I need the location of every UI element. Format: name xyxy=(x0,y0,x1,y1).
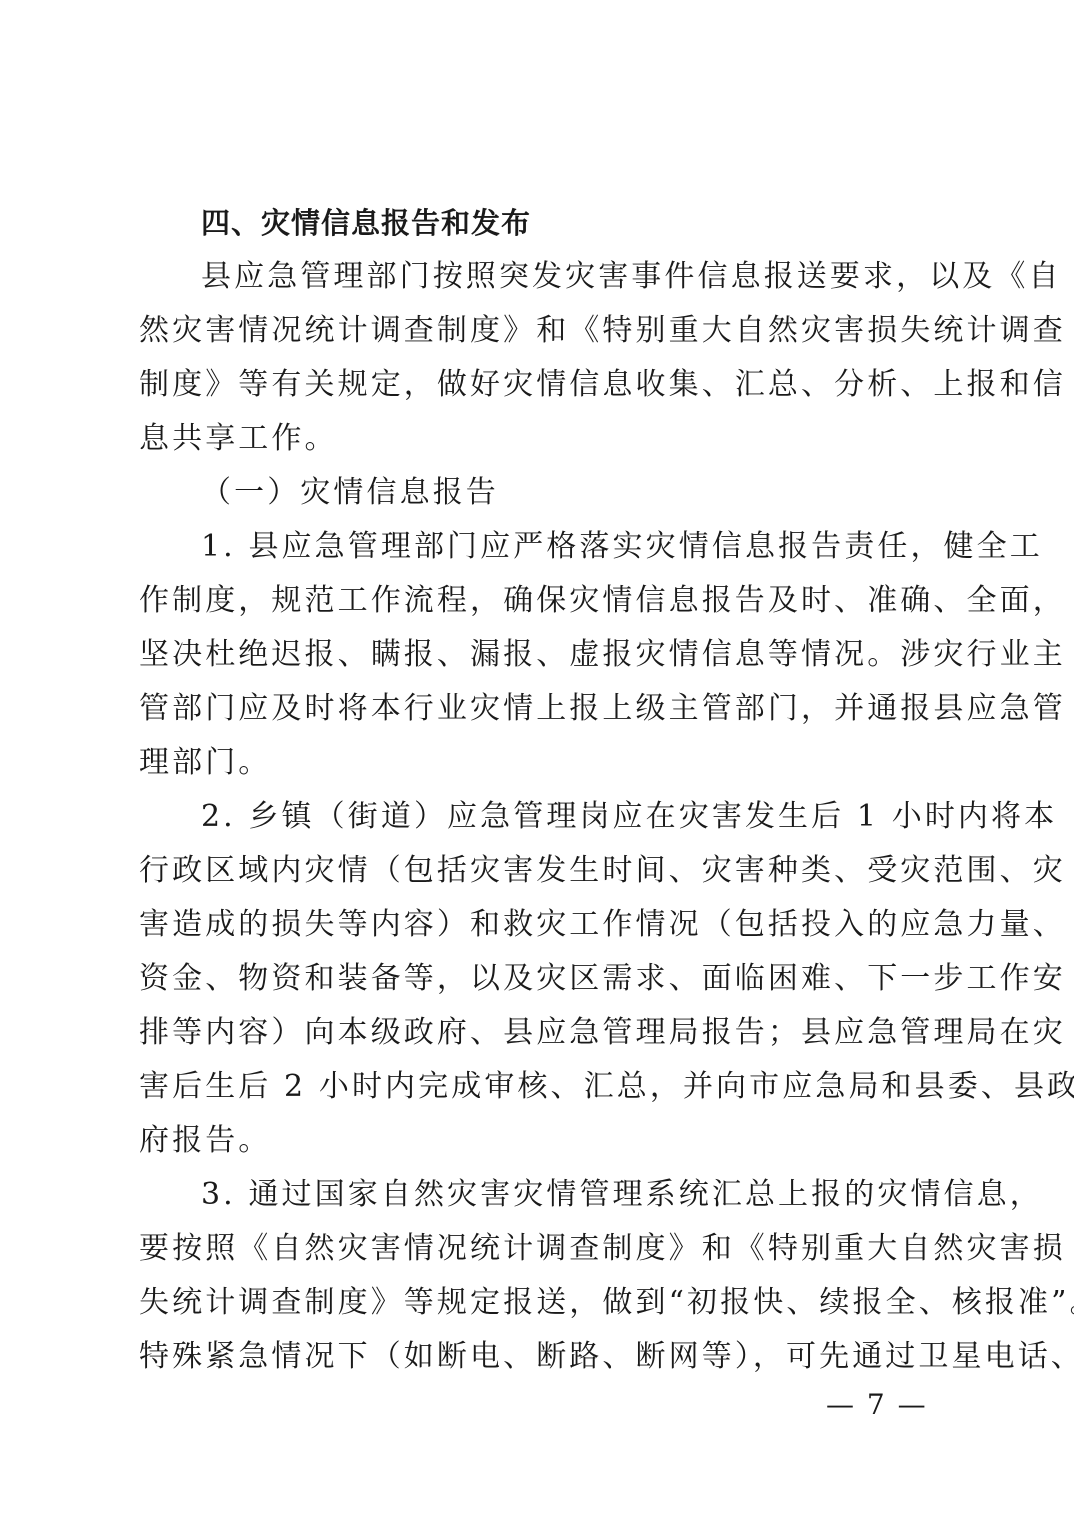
paragraph-line: 作制度，规范工作流程，确保灾情信息报告及时、准确、全面， xyxy=(139,574,937,628)
paragraph-line: 资金、物资和装备等，以及灾区需求、面临困难、下一步工作安 xyxy=(139,952,937,1006)
paragraph-line: 县应急管理部门按照突发灾害事件信息报送要求，以及《自 xyxy=(139,250,937,304)
paragraph-line: 理部门。 xyxy=(139,736,937,790)
paragraph-line: 坚决杜绝迟报、瞒报、漏报、虚报灾情信息等情况。涉灾行业主 xyxy=(139,628,937,682)
item-3-paragraph: 3. 通过国家自然灾害灾情管理系统汇总上报的灾情信息， 要按照《自然灾害情况统计… xyxy=(139,1168,937,1384)
paragraph-line: 2. 乡镇（街道）应急管理岗应在灾害发生后 1 小时内将本 xyxy=(139,790,937,844)
paragraph-line: 府报告。 xyxy=(139,1114,937,1168)
paragraph-line: 害后生后 2 小时内完成审核、汇总，并向市应急局和县委、县政 xyxy=(139,1060,937,1114)
paragraph-line: 害造成的损失等内容）和救灾工作情况（包括投入的应急力量、 xyxy=(139,898,937,952)
paragraph-line: 特殊紧急情况下（如断电、断路、断网等），可先通过卫星电话、 xyxy=(139,1330,937,1384)
paragraph-line: 要按照《自然灾害情况统计调查制度》和《特别重大自然灾害损 xyxy=(139,1222,937,1276)
section-heading: 四、灾情信息报告和发布 xyxy=(139,196,937,250)
paragraph-line: 制度》等有关规定，做好灾情信息收集、汇总、分析、上报和信 xyxy=(139,358,937,412)
item-1-paragraph: 1. 县应急管理部门应严格落实灾情信息报告责任，健全工 作制度，规范工作流程，确… xyxy=(139,520,937,790)
subsection-heading: （一）灾情信息报告 xyxy=(139,466,937,520)
paragraph-line: 管部门应及时将本行业灾情上报上级主管部门，并通报县应急管 xyxy=(139,682,937,736)
document-page: 四、灾情信息报告和发布 县应急管理部门按照突发灾害事件信息报送要求，以及《自 然… xyxy=(139,196,937,1384)
item-2-paragraph: 2. 乡镇（街道）应急管理岗应在灾害发生后 1 小时内将本 行政区域内灾情（包括… xyxy=(139,790,937,1168)
paragraph-line: 1. 县应急管理部门应严格落实灾情信息报告责任，健全工 xyxy=(139,520,937,574)
paragraph-line: 3. 通过国家自然灾害灾情管理系统汇总上报的灾情信息， xyxy=(139,1168,937,1222)
paragraph-line: 行政区域内灾情（包括灾害发生时间、灾害种类、受灾范围、灾 xyxy=(139,844,937,898)
paragraph-line: 失统计调查制度》等规定报送，做到“初报快、续报全、核报准”。 xyxy=(139,1276,937,1330)
paragraph-line: 息共享工作。 xyxy=(139,412,937,466)
intro-paragraph: 县应急管理部门按照突发灾害事件信息报送要求，以及《自 然灾害情况统计调查制度》和… xyxy=(139,250,937,466)
page-number: — 7 — xyxy=(826,1385,928,1425)
paragraph-line: 排等内容）向本级政府、县应急管理局报告；县应急管理局在灾 xyxy=(139,1006,937,1060)
paragraph-line: 然灾害情况统计调查制度》和《特别重大自然灾害损失统计调查 xyxy=(139,304,937,358)
